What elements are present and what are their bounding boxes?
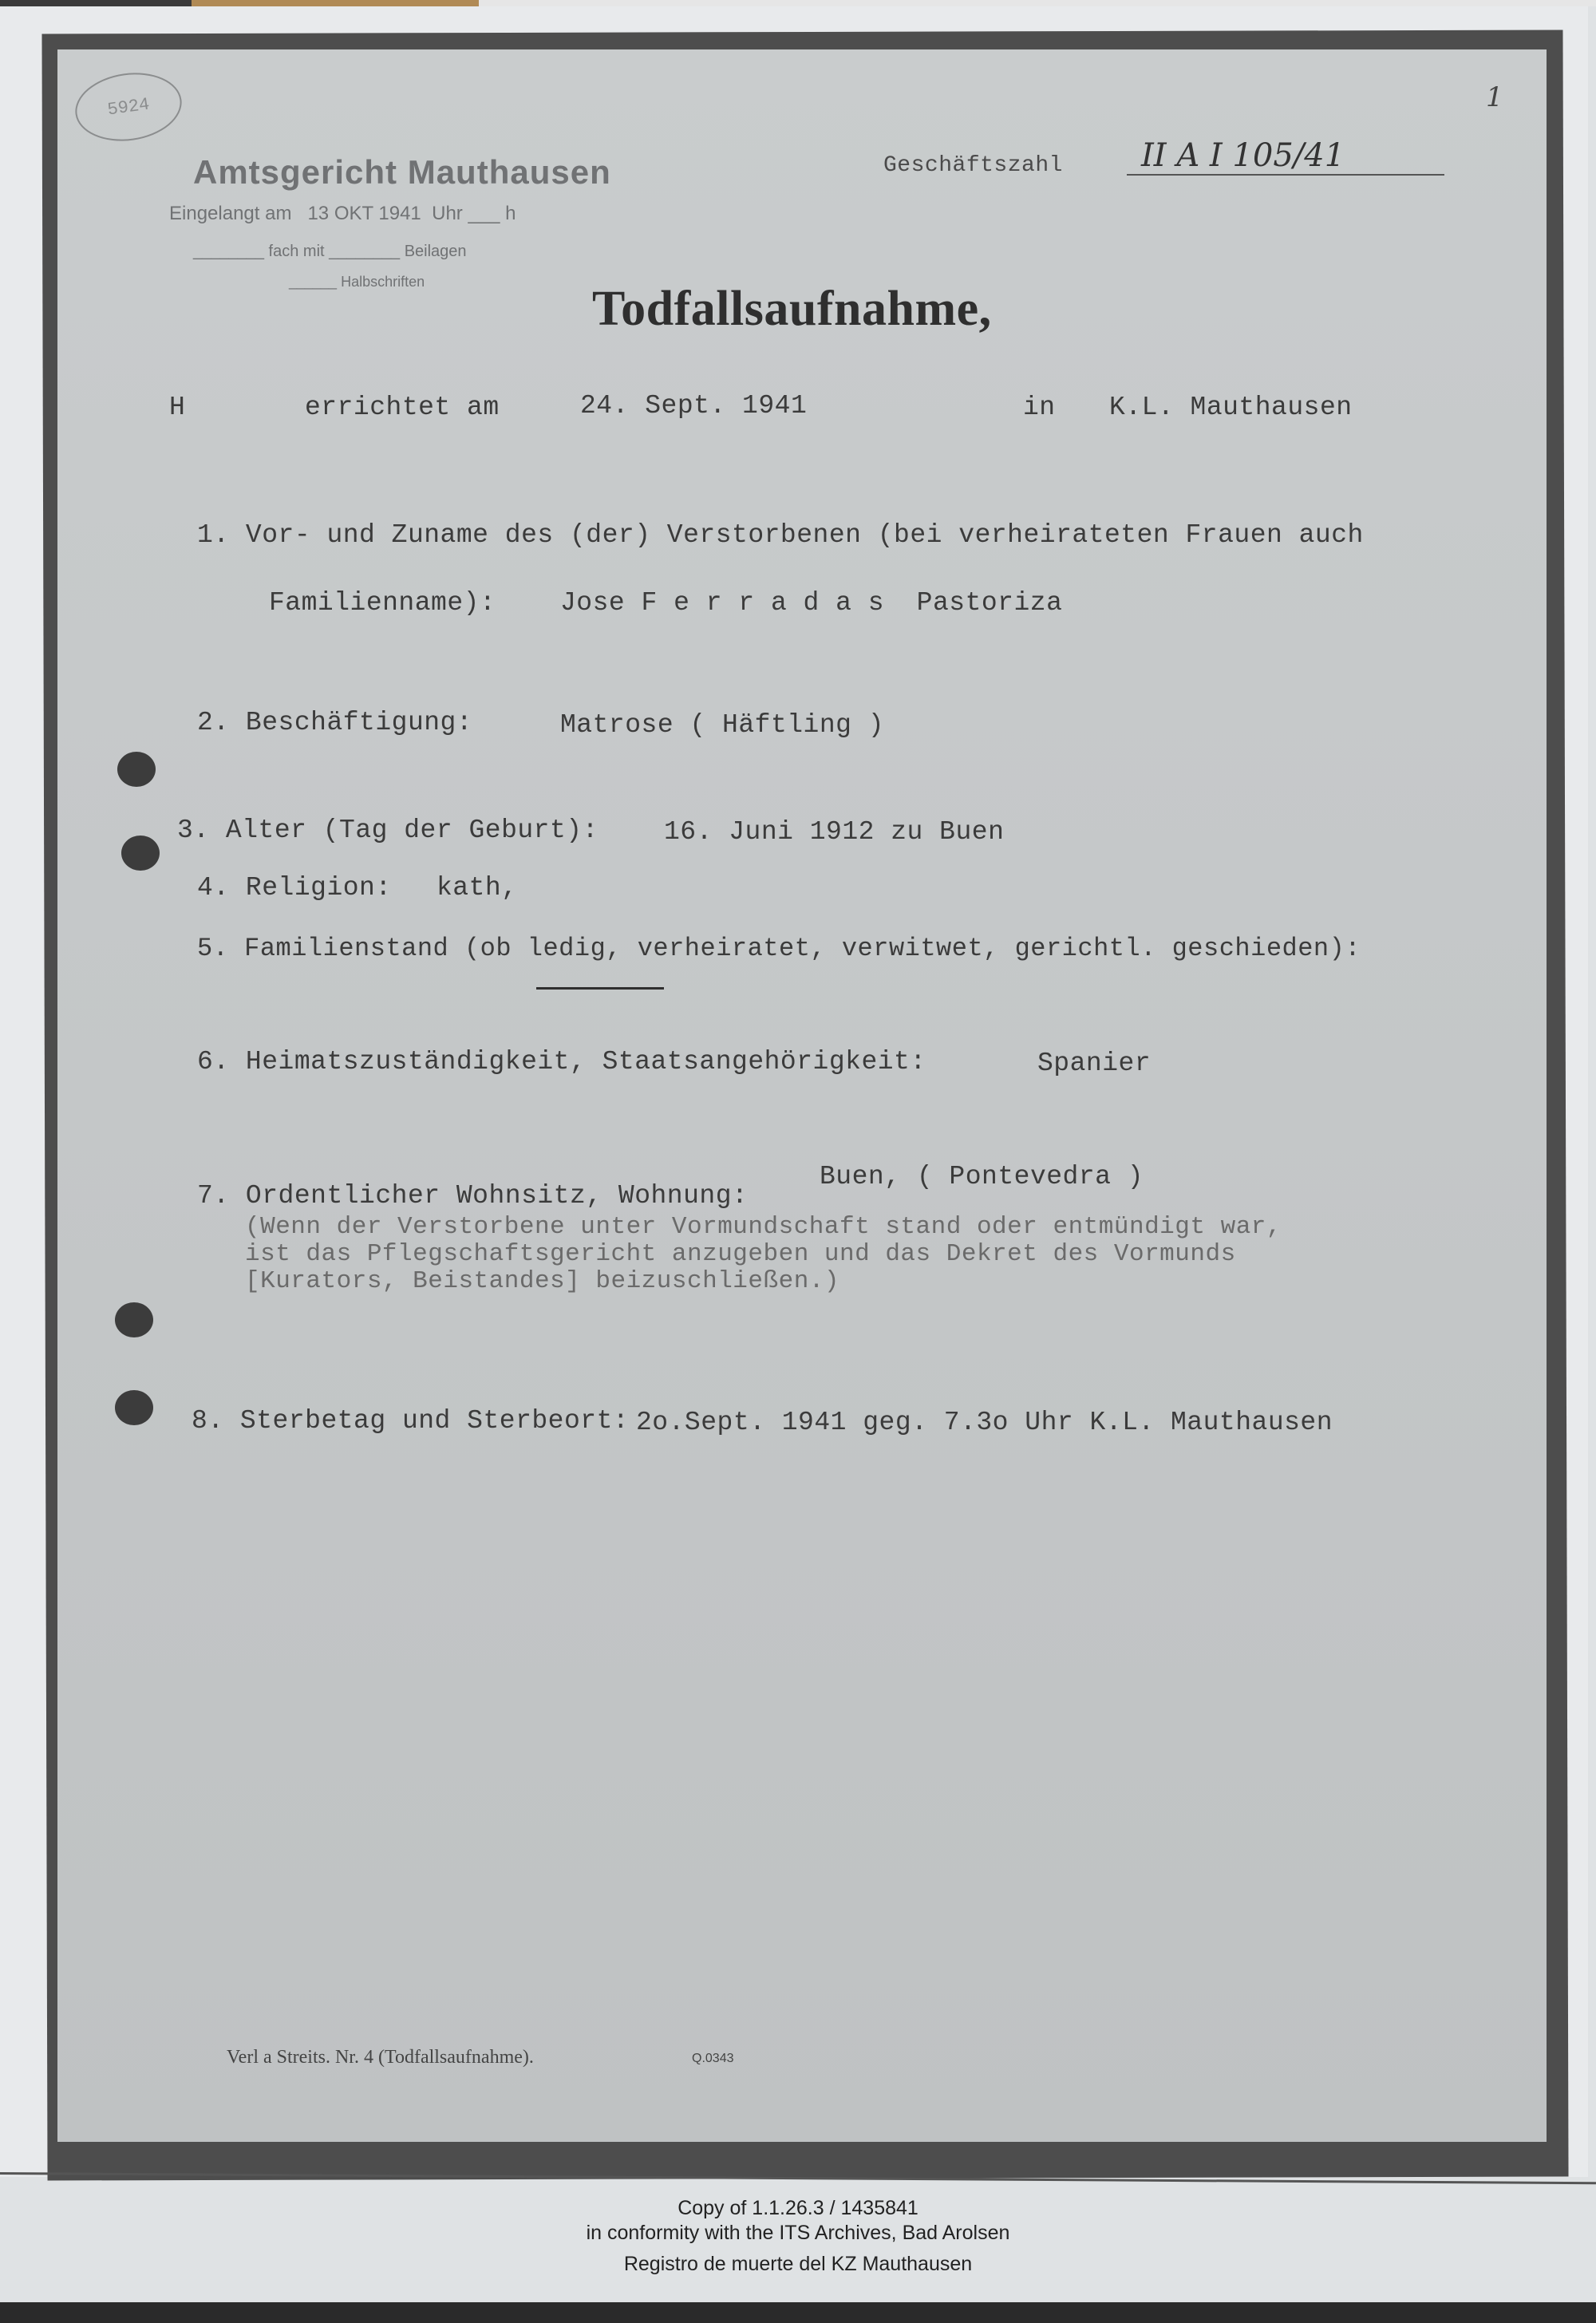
photo-top-edge bbox=[0, 0, 1596, 6]
page-number: 1 bbox=[1486, 81, 1503, 113]
field-1-label-cont: Familienname): bbox=[269, 588, 496, 618]
field-6-label: 6. Heimatszuständigkeit, Staatsangehörig… bbox=[197, 1047, 926, 1077]
death-record-form: 5924 1 Amtsgericht Mauthausen Eingelangt… bbox=[57, 49, 1547, 2142]
punch-hole bbox=[115, 1390, 153, 1425]
field-4-label: 4. Religion: bbox=[197, 873, 392, 903]
field-2-value: Matrose ( Häftling ) bbox=[560, 710, 884, 740]
form-code: Q.0343 bbox=[692, 2052, 733, 2066]
punch-hole bbox=[117, 752, 156, 787]
punch-hole bbox=[121, 836, 160, 871]
form-title: Todfallsaufnahme, bbox=[592, 281, 992, 338]
field-1-label: 1. Vor- und Zuname des (der) Verstorbene… bbox=[197, 520, 1364, 550]
field-7-note-2: ist das Pflegschaftsgericht anzugeben un… bbox=[245, 1240, 1236, 1268]
field-7-value: Buen, ( Pontevedra ) bbox=[820, 1162, 1144, 1191]
field-6-value: Spanier bbox=[1037, 1049, 1151, 1078]
field-7-note-1: (Wenn der Verstorbene unter Vormundschaf… bbox=[245, 1213, 1282, 1241]
copies-line: ________ fach mit ________ Beilagen bbox=[193, 243, 611, 261]
court-received-stamp: Amtsgericht Mauthausen Eingelangt am 13 … bbox=[193, 153, 611, 290]
header-prefix: H bbox=[169, 393, 185, 422]
cert-line-2: in conformity with the ITS Archives, Bad… bbox=[0, 2221, 1596, 2246]
court-name: Amtsgericht Mauthausen bbox=[193, 153, 611, 192]
cert-line-3: Registro de muerte del KZ Mauthausen bbox=[0, 2252, 1596, 2277]
received-line: Eingelangt am 13 OKT 1941 Uhr ___ h bbox=[169, 203, 611, 225]
archive-certification: Copy of 1.1.26.3 / 1435841 in conformity… bbox=[0, 2196, 1596, 2277]
errichtet-date: 24. Sept. 1941 bbox=[580, 391, 807, 421]
field-7-note-3: [Kurators, Beistandes] beizuschließen.) bbox=[245, 1267, 839, 1295]
field-7-label: 7. Ordentlicher Wohnsitz, Wohnung: bbox=[197, 1181, 748, 1211]
field-8-label: 8. Sterbetag und Sterbeort: bbox=[192, 1406, 629, 1436]
in-label: in bbox=[1023, 393, 1056, 422]
field-8-value: 2o.Sept. 1941 geg. 7.3o Uhr K.L. Mauthau… bbox=[636, 1408, 1333, 1437]
case-number-label: Geschäftszahl bbox=[883, 153, 1063, 178]
punch-hole bbox=[115, 1302, 153, 1337]
place-value: K.L. Mauthausen bbox=[1109, 393, 1353, 422]
field-2-label: 2. Beschäftigung: bbox=[197, 708, 472, 737]
errichtet-label: errichtet am bbox=[305, 393, 500, 422]
halbschriften-line: ______ Halbschriften bbox=[289, 274, 611, 290]
cert-line-1: Copy of 1.1.26.3 / 1435841 bbox=[0, 2196, 1596, 2221]
case-number-value: II A I 105/41 bbox=[1127, 137, 1444, 176]
field-1-value: Jose F e r r a d a s Pastoriza bbox=[560, 588, 1062, 618]
registry-stamp: 5924 bbox=[71, 66, 186, 148]
form-publisher-note: Verl a Streits. Nr. 4 (Todfallsaufnahme)… bbox=[227, 2047, 534, 2068]
field-5-label: 5. Familienstand (ob ledig, verheiratet,… bbox=[197, 934, 1361, 963]
received-date: 13 OKT 1941 bbox=[307, 203, 421, 224]
ledig-underline bbox=[536, 987, 664, 990]
field-4-value: kath, bbox=[437, 873, 518, 903]
field-3-label: 3. Alter (Tag der Geburt): bbox=[177, 816, 598, 845]
field-3-value: 16. Juni 1912 zu Buen bbox=[664, 817, 1004, 847]
photo-bottom-edge bbox=[0, 2302, 1596, 2323]
